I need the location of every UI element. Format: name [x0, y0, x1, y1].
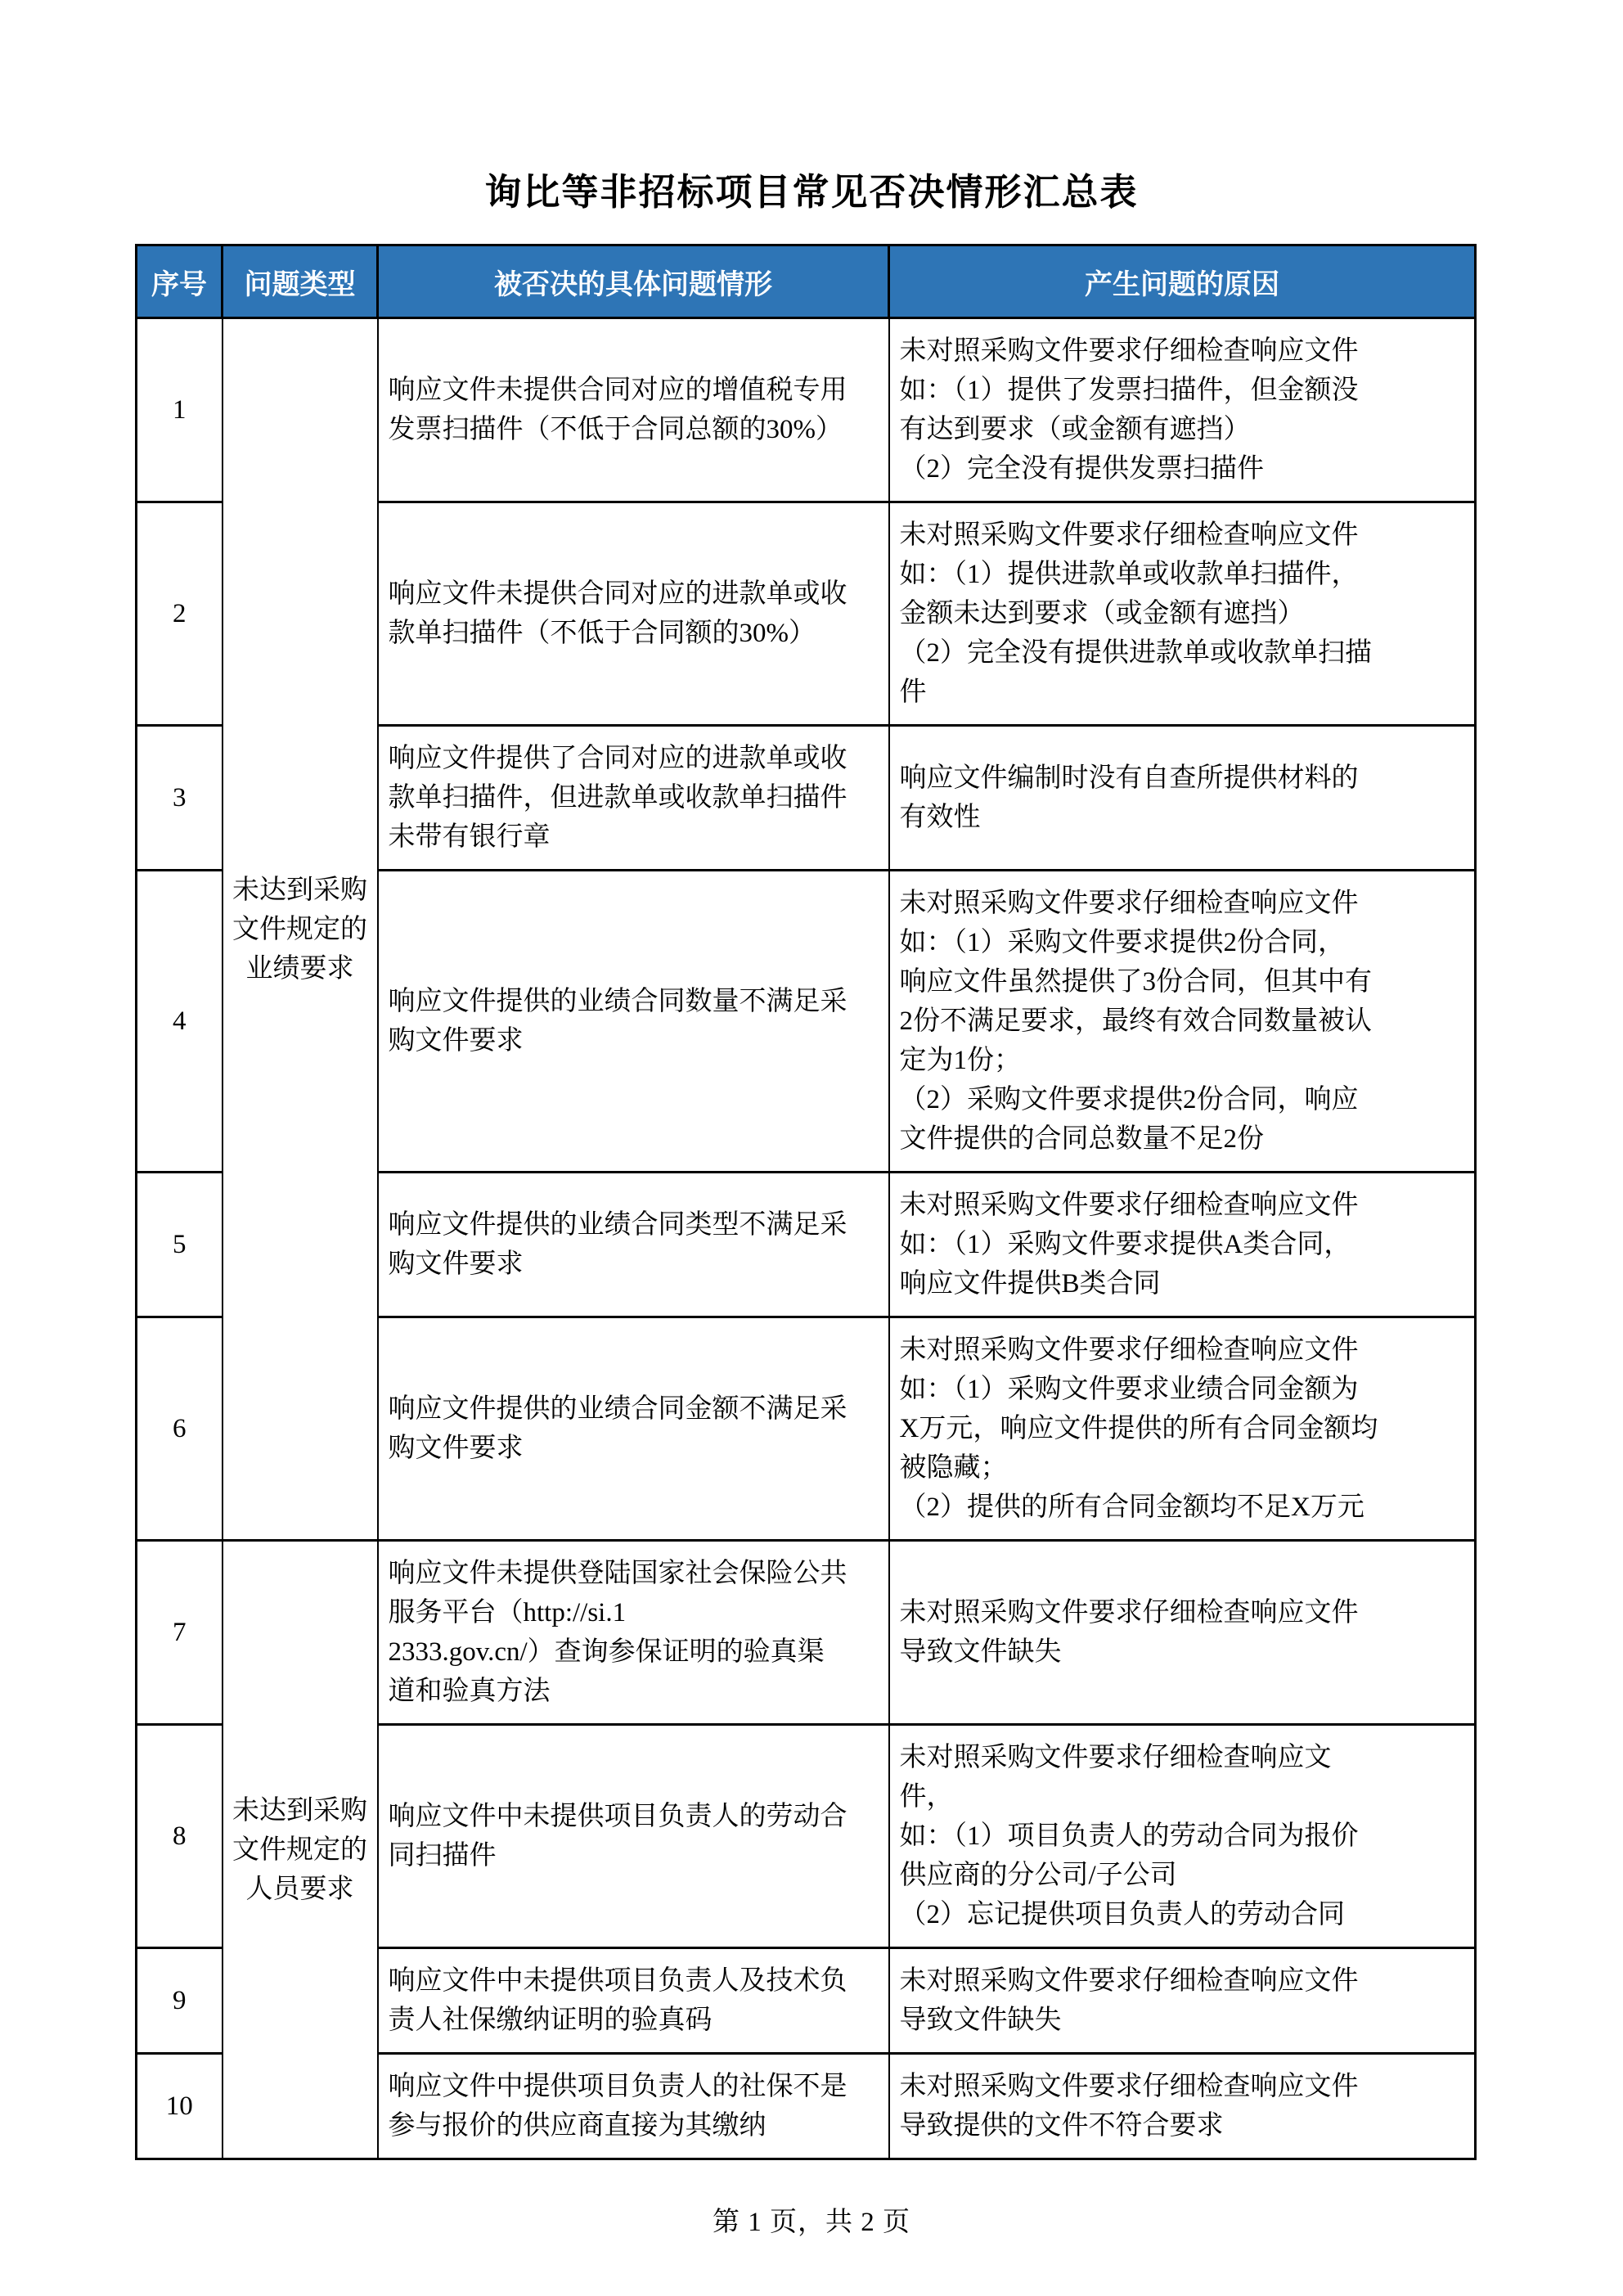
- row-number: 8: [137, 1725, 223, 1948]
- row-number: 6: [137, 1317, 223, 1541]
- row-number: 7: [137, 1541, 223, 1725]
- reason-cell: 未对照采购文件要求仔细检查响应文件 导致提供的文件不符合要求: [889, 2054, 1476, 2159]
- situation-cell: 响应文件提供了合同对应的进款单或收 款单扫描件，但进款单或收款单扫描件 未带有银…: [378, 726, 889, 871]
- page-number-footer: 第 1 页，共 2 页: [0, 2203, 1623, 2242]
- problem-type-merged-cell: 未达到采购 文件规定的 人员要求: [223, 1541, 378, 2159]
- row-number: 2: [137, 502, 223, 726]
- situation-cell: 响应文件未提供登陆国家社会保险公共 服务平台（http://si.1 2333.…: [378, 1541, 889, 1725]
- situation-cell: 响应文件提供的业绩合同金额不满足采 购文件要求: [378, 1317, 889, 1541]
- document-page: 询比等非招标项目常见否决情形汇总表 序号 问题类型 被否决的具体问题情形 产生问…: [0, 0, 1623, 2296]
- row-number: 10: [137, 2054, 223, 2159]
- row-number: 9: [137, 1948, 223, 2054]
- row-number: 1: [137, 318, 223, 502]
- table-header-row: 序号 问题类型 被否决的具体问题情形 产生问题的原因: [137, 245, 1476, 318]
- reason-cell: 未对照采购文件要求仔细检查响应文件 导致文件缺失: [889, 1948, 1476, 2054]
- situation-cell: 响应文件提供的业绩合同数量不满足采 购文件要求: [378, 871, 889, 1173]
- reason-cell: 未对照采购文件要求仔细检查响应文件 如：（1）提供了发票扫描件，但金额没 有达到…: [889, 318, 1476, 502]
- rejection-summary-table: 序号 问题类型 被否决的具体问题情形 产生问题的原因 1 未达到采购 文件规定的…: [135, 244, 1477, 2160]
- header-cell-no: 序号: [137, 245, 223, 318]
- header-cell-type: 问题类型: [223, 245, 378, 318]
- row-number: 5: [137, 1173, 223, 1317]
- reason-cell: 响应文件编制时没有自查所提供材料的 有效性: [889, 726, 1476, 871]
- situation-cell: 响应文件中提供项目负责人的社保不是 参与报价的供应商直接为其缴纳: [378, 2054, 889, 2159]
- row-number: 4: [137, 871, 223, 1173]
- row-number: 3: [137, 726, 223, 871]
- situation-cell: 响应文件未提供合同对应的增值税专用 发票扫描件（不低于合同总额的30%）: [378, 318, 889, 502]
- table-row: 7 未达到采购 文件规定的 人员要求 响应文件未提供登陆国家社会保险公共 服务平…: [137, 1541, 1476, 1725]
- problem-type-merged-cell: 未达到采购 文件规定的 业绩要求: [223, 318, 378, 1541]
- table-row: 1 未达到采购 文件规定的 业绩要求 响应文件未提供合同对应的增值税专用 发票扫…: [137, 318, 1476, 502]
- situation-cell: 响应文件中未提供项目负责人的劳动合 同扫描件: [378, 1725, 889, 1948]
- reason-cell: 未对照采购文件要求仔细检查响应文件 如：（1）采购文件要求提供2份合同， 响应文…: [889, 871, 1476, 1173]
- header-cell-situation: 被否决的具体问题情形: [378, 245, 889, 318]
- reason-cell: 未对照采购文件要求仔细检查响应文件 如：（1）采购文件要求业绩合同金额为 X万元…: [889, 1317, 1476, 1541]
- reason-cell: 未对照采购文件要求仔细检查响应文件 如：（1）采购文件要求提供A类合同， 响应文…: [889, 1173, 1476, 1317]
- situation-cell: 响应文件中未提供项目负责人及技术负 责人社保缴纳证明的验真码: [378, 1948, 889, 2054]
- page-title: 询比等非招标项目常见否决情形汇总表: [0, 170, 1623, 214]
- header-cell-reason: 产生问题的原因: [889, 245, 1476, 318]
- situation-cell: 响应文件提供的业绩合同类型不满足采 购文件要求: [378, 1173, 889, 1317]
- reason-cell: 未对照采购文件要求仔细检查响应文件 如：（1）提供进款单或收款单扫描件， 金额未…: [889, 502, 1476, 726]
- situation-cell: 响应文件未提供合同对应的进款单或收 款单扫描件（不低于合同额的30%）: [378, 502, 889, 726]
- reason-cell: 未对照采购文件要求仔细检查响应文件 导致文件缺失: [889, 1541, 1476, 1725]
- reason-cell: 未对照采购文件要求仔细检查响应文 件， 如：（1）项目负责人的劳动合同为报价 供…: [889, 1725, 1476, 1948]
